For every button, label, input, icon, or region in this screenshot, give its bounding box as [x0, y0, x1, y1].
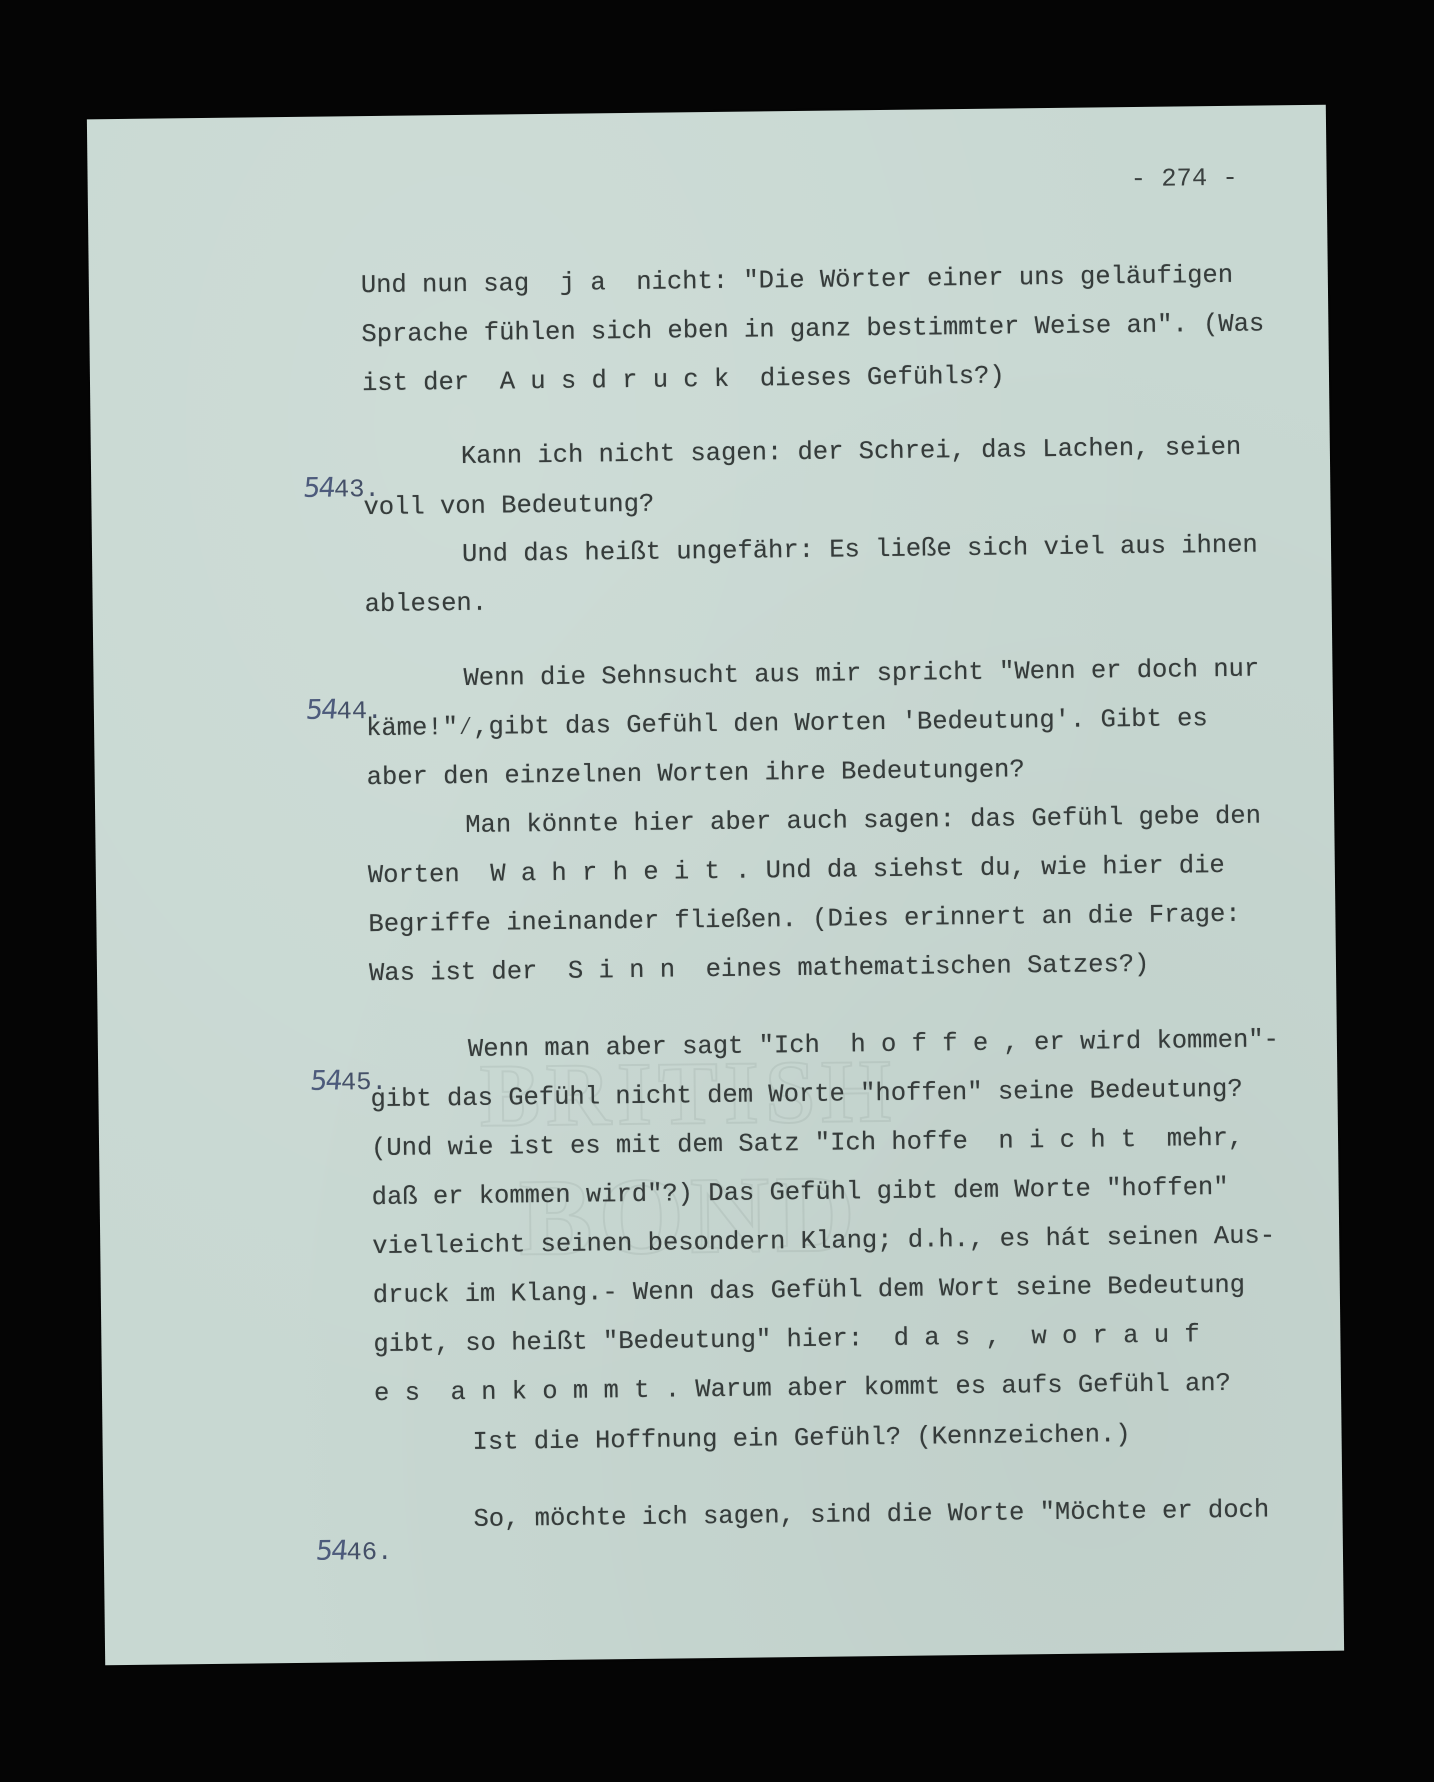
watermark-line-2: BOND — [409, 1149, 970, 1283]
text-line: ist der A u s d r u c k dieses Gefühls?) — [362, 362, 1005, 400]
remark-number: 5444. — [244, 665, 383, 759]
text-line: käme!"⁄,gibt das Gefühl den Worten 'Bede… — [366, 704, 1208, 744]
text-line: Ist die Hoffnung ein Gefühl? (Kennzeiche… — [472, 1420, 1130, 1458]
text-line: druck im Klang.- Wenn das Gefühl dem Wor… — [373, 1271, 1246, 1311]
text-line: Man könnte hier aber auch sagen: das Gef… — [465, 802, 1261, 841]
typescript-page: BRITISH BOND - 274 - Und nun sag j a nic… — [87, 105, 1344, 1666]
text-line: Und nun sag j a nicht: "Die Wörter einer… — [361, 261, 1234, 301]
handwritten-digits: 54 — [302, 473, 335, 503]
handwritten-digits: 54 — [315, 1536, 348, 1566]
text-line: (Und wie ist es mit dem Satz "Ich hoffe … — [371, 1124, 1244, 1164]
typed-digits: 46. — [346, 1538, 392, 1568]
text-line: daß er kommen wird"?) Das Gefühl gibt de… — [372, 1173, 1229, 1213]
text-line: e s a n k o m m t . Warum aber kommt es … — [374, 1369, 1231, 1409]
text-line: Wenn man aber sagt "Ich h o f f e , er w… — [468, 1025, 1279, 1065]
remark-number: 5445. — [249, 1036, 388, 1130]
text-line: Wenn die Sehnsucht aus mir spricht "Wenn… — [463, 655, 1259, 694]
page-number: - 274 - — [1130, 164, 1237, 194]
text-line: gibt, so heißt "Bedeutung" hier: d a s ,… — [373, 1320, 1200, 1360]
text-line: vielleicht seinen besondern Klang; d.h.,… — [372, 1221, 1275, 1262]
text-line: Was ist der S i n n eines mathematischen… — [369, 950, 1150, 989]
text-line: Und das heißt ungefähr: Es ließe sich vi… — [462, 531, 1258, 570]
text-line: gibt das Gefühl nicht dem Worte "hoffen"… — [370, 1075, 1243, 1115]
remark-number: 5446. — [254, 1506, 393, 1600]
remark-number: 5443. — [242, 443, 381, 537]
text-line: ablesen. — [364, 589, 487, 620]
text-line: Begriffe ineinander fließen. (Dies erinn… — [368, 900, 1241, 940]
text-line: Kann ich nicht sagen: der Schrei, das La… — [461, 433, 1242, 472]
text-line: aber den einzelnen Worten ihre Bedeutung… — [367, 755, 1025, 793]
text-line: Worten W a h r h e i t . Und da siehst d… — [368, 851, 1225, 891]
handwritten-digits: 54 — [309, 1066, 342, 1096]
text-line: voll von Bedeutung? — [363, 490, 654, 523]
text-line: Sprache fühlen sich eben in ganz bestimm… — [361, 309, 1264, 350]
handwritten-digits: 54 — [305, 695, 338, 725]
text-line: So, möchte ich sagen, sind die Worte "Mö… — [473, 1495, 1269, 1534]
